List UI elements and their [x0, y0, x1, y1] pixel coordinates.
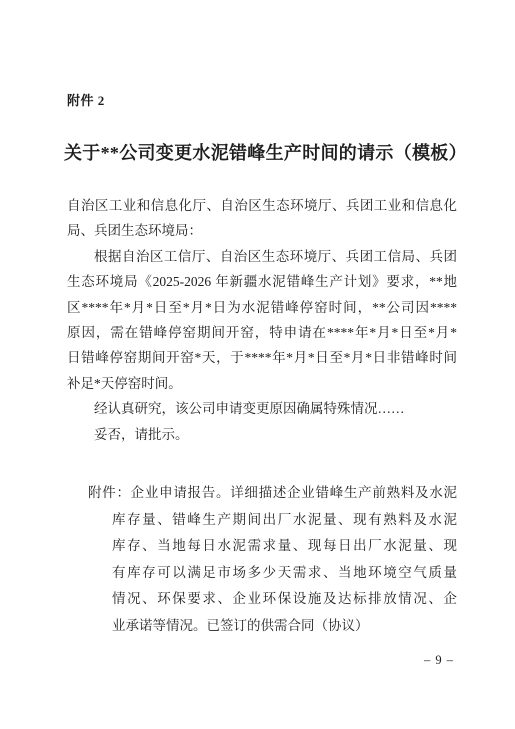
text-line: 区****年*月*日至*月*日为水泥错峰停窑时间，**公司因**** — [67, 295, 457, 320]
page-number: – 9 – — [424, 653, 454, 668]
text-line: 库存、当地每日水泥需求量、现每日出厂水泥量、现 — [88, 533, 457, 560]
text-line: 补足*天停窑时间。 — [67, 371, 457, 396]
text-line: 根据自治区工信厅、自治区生态环境厅、兵团工信局、兵团 — [67, 244, 457, 269]
text-line: 日错峰停窑期间开窑*天，于****年*月*日至*月*日非错峰时间 — [67, 345, 457, 370]
text-line: 业承诺等情况。已签订的供需合同（协议） — [88, 613, 457, 640]
text-line: 生态环境局《2025-2026 年新疆水泥错峰生产计划》要求，**地 — [67, 269, 457, 294]
document-page: 附件 2 关于**公司变更水泥错峰生产时间的请示（模板） 自治区工业和信息化厅、… — [0, 0, 515, 729]
text-line: 局、兵团生态环境局： — [67, 218, 457, 243]
text-line: 附件：企业申请报告。详细描述企业错峰生产前熟料及水泥 — [88, 480, 457, 507]
text-line: 情况、环保要求、企业环保设施及达标排放情况、企 — [88, 586, 457, 613]
document-title: 关于**公司变更水泥错峰生产时间的请示（模板） — [64, 139, 458, 165]
text-line: 有库存可以满足市场多少天需求、当地环境空气质量 — [88, 560, 457, 587]
text-line: 经认真研究，该公司申请变更原因确属特殊情况…… — [67, 396, 457, 421]
text-line: 自治区工业和信息化厅、自治区生态环境厅、兵团工业和信息化 — [67, 193, 457, 218]
text-line: 库存量、错峰生产期间出厂水泥量、现有熟料及水泥 — [88, 507, 457, 534]
attachment-number-label: 附件 2 — [67, 90, 105, 109]
attachment-note: 附件：企业申请报告。详细描述企业错峰生产前熟料及水泥库存量、错峰生产期间出厂水泥… — [88, 480, 457, 639]
letter-body: 自治区工业和信息化厅、自治区生态环境厅、兵团工业和信息化局、兵团生态环境局：根据… — [67, 193, 457, 447]
text-line: 妥否，请批示。 — [67, 422, 457, 447]
text-line: 原因，需在错峰停窑期间开窑，特申请在****年*月*日至*月* — [67, 320, 457, 345]
